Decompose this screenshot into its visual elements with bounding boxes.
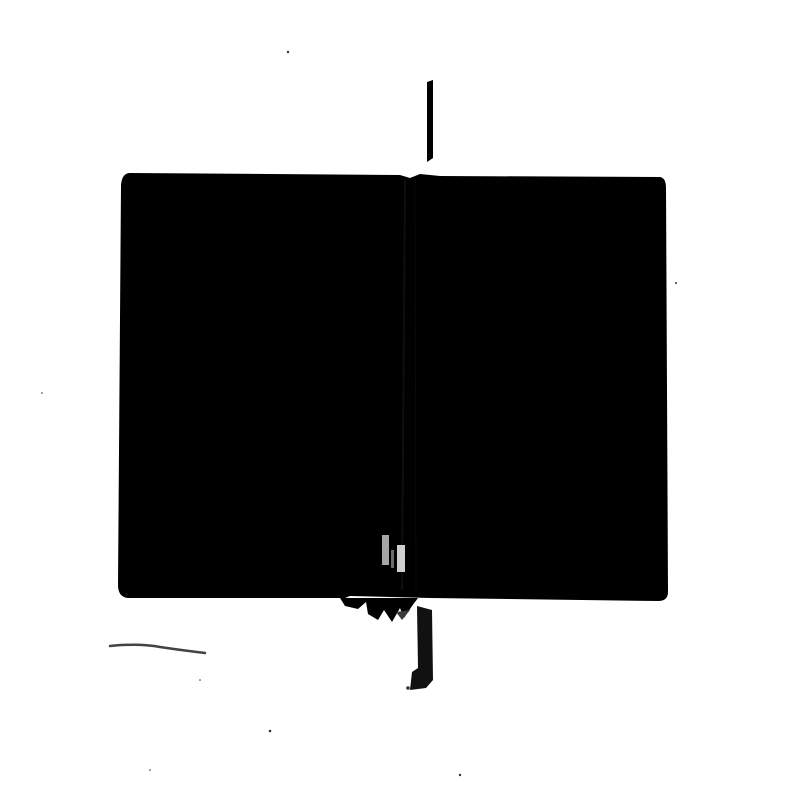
bookmark-ribbon-top	[427, 80, 433, 162]
torn-spine-fragments	[340, 598, 418, 622]
photo-scene	[0, 0, 800, 800]
book-cover	[118, 173, 668, 601]
torn-fragment-shadow	[396, 610, 410, 620]
bookmark-ribbon-bottom	[410, 606, 433, 690]
pencil-stroke	[110, 645, 205, 653]
book-silhouette-image	[0, 0, 800, 800]
